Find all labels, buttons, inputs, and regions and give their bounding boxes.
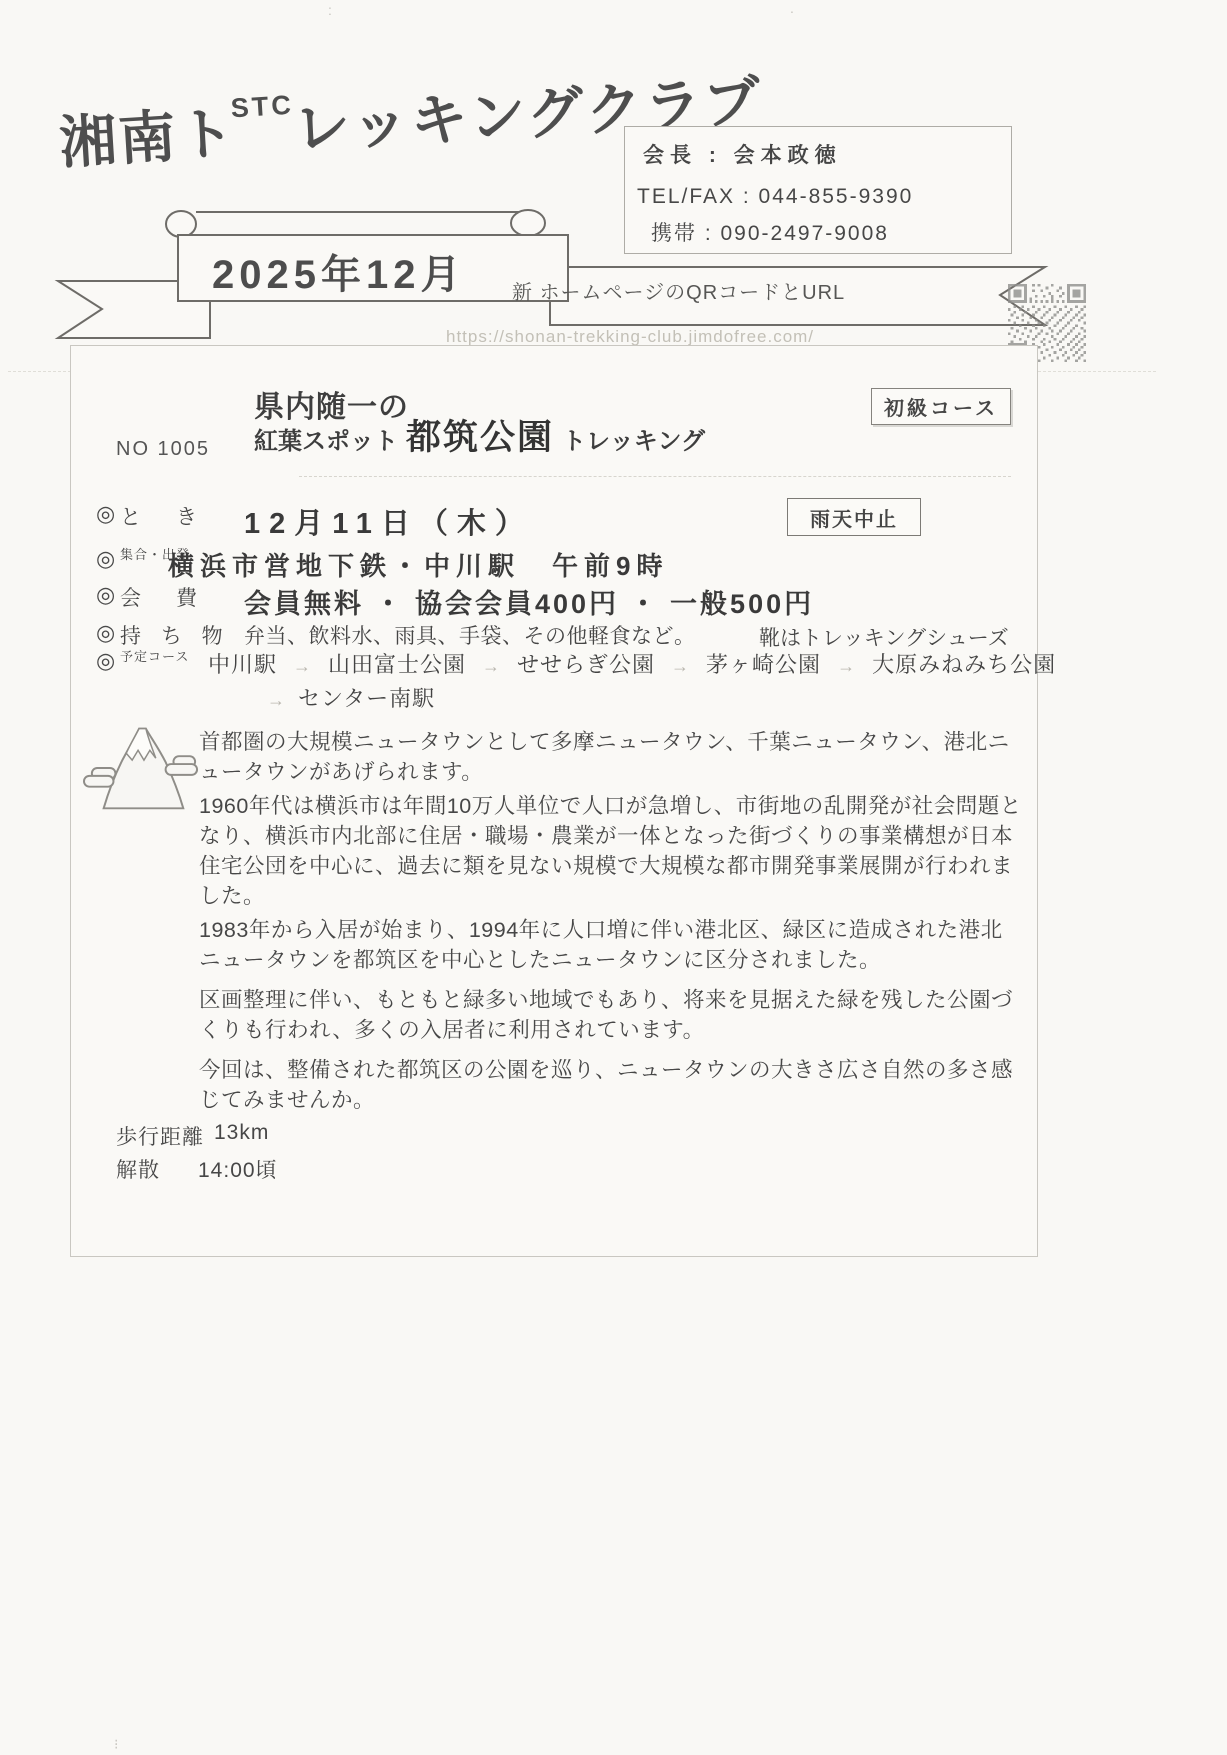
event-box: NO 1005 県内随一の 紅葉スポット 都筑公園 トレッキング 初級コース ◎… bbox=[70, 345, 1038, 1257]
description-paragraph: 1960年代は横浜市は年間10万人単位で人口が急増し、市街地の乱開発が社会問題と… bbox=[199, 791, 1023, 911]
club-name-part1: 湘南ト bbox=[58, 105, 238, 173]
issue-date: 2025年12月 bbox=[212, 243, 465, 300]
arrow-icon: → bbox=[482, 656, 501, 676]
course-station: 山田富士公園 bbox=[328, 652, 466, 677]
time-label: と き bbox=[120, 501, 222, 531]
course-station: 中川駅 bbox=[208, 652, 277, 677]
arrow-icon: → bbox=[837, 656, 856, 676]
description-paragraph: 今回は、整備された都筑区の公園を巡り、ニュータウンの大きさ広さ自然の多さ感じてみ… bbox=[199, 1055, 1023, 1115]
course-line-2: →センター南駅 bbox=[267, 682, 435, 713]
scan-artifact: : bbox=[328, 2, 332, 18]
course-line-1: 中川駅→山田富士公園→せせらぎ公園→茅ヶ崎公園→大原みねみち公園 bbox=[208, 648, 1056, 679]
row-fee: ◎ 会 費 会員無料 ・ 協会会員400円 ・ 一般500円 bbox=[71, 582, 814, 621]
bullet-icon: ◎ bbox=[96, 501, 120, 527]
time-value: 12月11日（木） bbox=[244, 501, 533, 542]
level-badge: 初級コース bbox=[871, 388, 1011, 425]
course-station: 大原みねみち公園 bbox=[872, 652, 1056, 677]
mt-fuji-illustration bbox=[83, 714, 201, 822]
scan-artifact: . bbox=[790, 0, 794, 16]
course-station: 茅ヶ崎公園 bbox=[706, 652, 821, 677]
row-time: ◎ と き 12月11日（木） bbox=[71, 501, 533, 542]
fee-value: 会員無料 ・ 協会会員400円 ・ 一般500円 bbox=[244, 582, 814, 621]
meeting-value: 横浜市営地下鉄・中川駅 午前9時 bbox=[168, 546, 668, 583]
arrow-icon: → bbox=[267, 690, 286, 710]
bullet-icon: ◎ bbox=[96, 546, 120, 572]
dissolution-value: 14:00頃 bbox=[198, 1154, 278, 1184]
telfax-line: TEL/FAX : 044-855-9390 bbox=[637, 185, 913, 209]
event-title-prefix: 紅葉スポット bbox=[254, 428, 398, 457]
bullet-icon: ◎ bbox=[96, 620, 120, 646]
dissolution-time: 解散 14:00頃 bbox=[116, 1154, 278, 1184]
arrow-icon: → bbox=[293, 656, 312, 676]
walk-distance: 歩行距離 13km bbox=[116, 1121, 269, 1151]
course-station: せせらぎ公園 bbox=[517, 652, 655, 677]
belongings-label: 持 ち 物 bbox=[120, 620, 222, 650]
dissolution-label: 解散 bbox=[116, 1154, 198, 1184]
event-title: 紅葉スポット 都筑公園 トレッキング bbox=[254, 420, 705, 457]
description-paragraph: 1983年から入居が始まり、1994年に人口増に伴い港北区、緑区に造成された港北… bbox=[199, 915, 1023, 975]
walk-distance-value: 13km bbox=[214, 1121, 269, 1151]
bullet-icon: ◎ bbox=[96, 648, 120, 674]
event-title-suffix: トレッキング bbox=[562, 428, 705, 457]
description-paragraph: 区画整理に伴い、もともと緑多い地域でもあり、将来を見据えた緑を残した公園づくりも… bbox=[199, 985, 1023, 1045]
scan-artifact: ⁝ bbox=[114, 1736, 118, 1753]
event-title-main: 都筑公園 bbox=[406, 420, 554, 457]
belongings-value: 弁当、飲料水、雨具、手袋、その他軽食など。 bbox=[244, 620, 696, 650]
walk-distance-label: 歩行距離 bbox=[116, 1121, 204, 1151]
course-station: センター南駅 bbox=[298, 686, 435, 711]
description-paragraph: 首都圏の大規模ニュータウンとして多摩ニュータウン、千葉ニュータウン、港北ニュータ… bbox=[199, 727, 1023, 787]
arrow-icon: → bbox=[671, 656, 690, 676]
event-number: NO 1005 bbox=[116, 438, 210, 461]
fee-label: 会 費 bbox=[120, 582, 222, 612]
row-meeting: ◎ 集合・出発 横浜市営地下鉄・中川駅 午前9時 bbox=[71, 546, 668, 583]
chairman-line: 会長 : 会本政徳 bbox=[643, 139, 842, 169]
event-description: 首都圏の大規模ニュータウンとして多摩ニュータウン、千葉ニュータウン、港北ニュータ… bbox=[199, 727, 1023, 1119]
contact-box: 会長 : 会本政徳 TEL/FAX : 044-855-9390 携帯 : 09… bbox=[624, 126, 1012, 254]
qr-caption: 新 ホームページのQRコードとURL bbox=[512, 276, 845, 305]
mobile-line: 携帯 : 090-2497-9008 bbox=[651, 217, 889, 247]
divider bbox=[299, 476, 1011, 477]
row-course: ◎ 予定コース 中川駅→山田富士公園→せせらぎ公園→茅ヶ崎公園→大原みねみち公園 bbox=[71, 648, 1056, 679]
course-label: 予定コース bbox=[120, 650, 184, 664]
row-belongings: ◎ 持 ち 物 弁当、飲料水、雨具、手袋、その他軽食など。 bbox=[71, 620, 696, 650]
club-abbr: STC bbox=[230, 90, 295, 125]
weather-note: 雨天中止 bbox=[787, 498, 921, 536]
bullet-icon: ◎ bbox=[96, 582, 120, 608]
